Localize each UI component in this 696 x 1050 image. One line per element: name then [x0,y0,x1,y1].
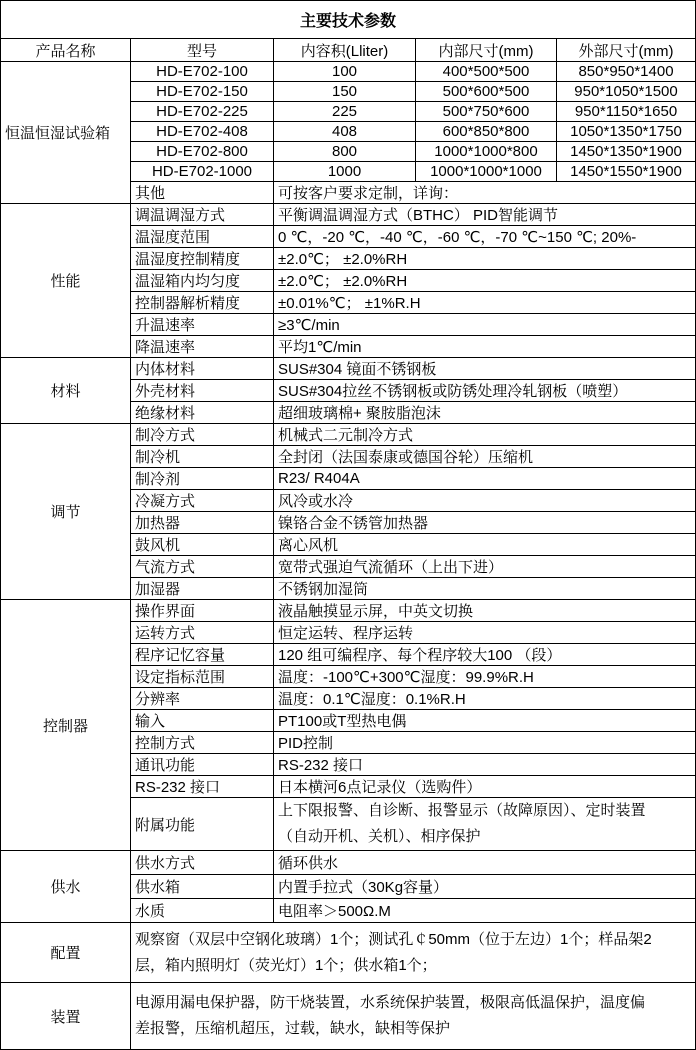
spec-table-body: 主要技术参数产品名称型号内容积(Lliter)内部尺寸(mm)外部尺寸(mm)恒… [1,1,696,1050]
section-name-cell: 配置 [1,923,131,983]
param-label-cell: 温湿度范围 [131,226,274,248]
param-value-cell: R23/ R404A [274,468,696,490]
param-label-cell: 程序记忆容量 [131,644,274,666]
model-cell: HD-E702-1000 [131,162,274,182]
param-label-cell: 供水箱 [131,875,274,899]
param-label-cell: 调温调湿方式 [131,204,274,226]
inner-size-cell: 500*750*600 [416,102,557,122]
table-row: 性能调温调湿方式平衡调温调湿方式（BTHC） PID智能调节 [1,204,696,226]
param-label-cell: RS-232 接口 [131,776,274,798]
spec-table: 主要技术参数产品名称型号内容积(Lliter)内部尺寸(mm)外部尺寸(mm)恒… [0,0,696,1050]
volume-cell: 1000 [274,162,416,182]
outer-size-cell: 1450*1550*1900 [557,162,696,182]
param-label-cell: 内体材料 [131,358,274,380]
param-value-cell: PID控制 [274,732,696,754]
param-label-cell: 冷凝方式 [131,490,274,512]
volume-cell: 800 [274,142,416,162]
param-value-cell: 电阻率＞500Ω.M [274,899,696,923]
spec-sheet: 主要技术参数产品名称型号内容积(Lliter)内部尺寸(mm)外部尺寸(mm)恒… [0,0,696,1050]
outer-size-cell: 950*1050*1500 [557,82,696,102]
param-value-cell: 平衡调温调湿方式（BTHC） PID智能调节 [274,204,696,226]
param-value-cell: 超细玻璃棉+ 聚胺脂泡沫 [274,402,696,424]
volume-cell: 408 [274,122,416,142]
page-title: 主要技术参数 [1,1,696,39]
param-value-cell: 平均1℃/min [274,336,696,358]
column-header-row: 产品名称型号内容积(Lliter)内部尺寸(mm)外部尺寸(mm) [1,39,696,62]
model-cell: HD-E702-408 [131,122,274,142]
section-name-cell: 装置 [1,983,131,1050]
param-value-cell: 0 ℃，-20 ℃，-40 ℃，-60 ℃，-70 ℃~150 ℃; 20%- [274,226,696,248]
section-name-cell: 控制器 [1,600,131,851]
volume-cell: 150 [274,82,416,102]
inner-size-cell: 1000*1000*1000 [416,162,557,182]
table-row: 配置观察窗（双层中空钢化玻璃）1个；测试孔￠50mm（位于左边）1个；样品架2 … [1,923,696,983]
param-value-cell: 循环供水 [274,851,696,875]
param-label-cell: 运转方式 [131,622,274,644]
param-value-cell: 液晶触摸显示屏，中英文切换 [274,600,696,622]
param-label-cell: 绝缘材料 [131,402,274,424]
param-value-cell: 镍铬合金不锈管加热器 [274,512,696,534]
param-value-cell: ±2.0℃； ±2.0%RH [274,270,696,292]
column-header: 内容积(Lliter) [274,39,416,62]
volume-cell: 100 [274,62,416,82]
title-row: 主要技术参数 [1,1,696,39]
section-name-cell: 材料 [1,358,131,424]
table-row: 控制器操作界面液晶触摸显示屏，中英文切换 [1,600,696,622]
param-value-cell: 温度：0.1℃湿度：0.1%R.H [274,688,696,710]
param-label-cell: 输入 [131,710,274,732]
inner-size-cell: 1000*1000*800 [416,142,557,162]
param-label-cell: 控制器解析精度 [131,292,274,314]
table-row: 材料内体材料SUS#304 镜面不锈钢板 [1,358,696,380]
product-name-cell: 恒温恒湿试验箱 [1,62,131,204]
param-value-cell: 日本横河6点记录仪（选购件） [274,776,696,798]
param-value-cell: ≥3℃/min [274,314,696,336]
param-value-cell: 宽带式强迫气流循环（上出下进） [274,556,696,578]
param-value-cell: 风冷或水冷 [274,490,696,512]
param-label-cell: 升温速率 [131,314,274,336]
other-label-cell: 其他 [131,182,274,204]
param-value-cell: PT100或T型热电偶 [274,710,696,732]
param-label-cell: 制冷剂 [131,468,274,490]
other-value-cell: 可按客户要求定制，详询： [274,182,696,204]
param-value-cell: 恒定运转、程序运转 [274,622,696,644]
param-value-cell: 120 组可编程序、每个程序较大100 （段） [274,644,696,666]
column-header: 外部尺寸(mm) [557,39,696,62]
param-label-cell: 温湿度控制精度 [131,248,274,270]
outer-size-cell: 1050*1350*1750 [557,122,696,142]
model-cell: HD-E702-100 [131,62,274,82]
section-value-cell: 电源用漏电保护器，防干烧装置，水系统保护装置，极限高低温保护，温度偏 差报警，压… [131,983,696,1050]
param-value-cell: SUS#304 镜面不锈钢板 [274,358,696,380]
param-label-cell: 分辨率 [131,688,274,710]
param-label-cell: 通讯功能 [131,754,274,776]
param-label-cell: 附属功能 [131,798,274,851]
param-value-cell: 内置手拉式（30Kg容量） [274,875,696,899]
param-value-cell: 上下限报警、自诊断、报警显示（故障原因）、定时装置 （自动开机、关机）、相序保护 [274,798,696,851]
param-label-cell: 加湿器 [131,578,274,600]
param-value-cell: RS-232 接口 [274,754,696,776]
param-label-cell: 操作界面 [131,600,274,622]
param-label-cell: 温湿箱内均匀度 [131,270,274,292]
param-value-cell: ±2.0℃； ±2.0%RH [274,248,696,270]
param-value-cell: 温度：-100℃+300℃湿度：99.9%R.H [274,666,696,688]
section-name-cell: 供水 [1,851,131,923]
outer-size-cell: 950*1150*1650 [557,102,696,122]
param-label-cell: 制冷机 [131,446,274,468]
param-value-cell: 全封闭（法国泰康或德国谷轮）压缩机 [274,446,696,468]
param-value-cell: 不锈钢加湿筒 [274,578,696,600]
section-value-cell: 观察窗（双层中空钢化玻璃）1个；测试孔￠50mm（位于左边）1个；样品架2 层，… [131,923,696,983]
param-label-cell: 水质 [131,899,274,923]
column-header: 型号 [131,39,274,62]
param-label-cell: 加热器 [131,512,274,534]
param-label-cell: 供水方式 [131,851,274,875]
param-label-cell: 降温速率 [131,336,274,358]
param-label-cell: 设定指标范围 [131,666,274,688]
outer-size-cell: 1450*1350*1900 [557,142,696,162]
inner-size-cell: 400*500*500 [416,62,557,82]
column-header: 内部尺寸(mm) [416,39,557,62]
model-cell: HD-E702-225 [131,102,274,122]
param-label-cell: 控制方式 [131,732,274,754]
table-row: 恒温恒湿试验箱HD-E702-100100400*500*500850*950*… [1,62,696,82]
volume-cell: 225 [274,102,416,122]
param-value-cell: 机械式二元制冷方式 [274,424,696,446]
param-value-cell: 离心风机 [274,534,696,556]
inner-size-cell: 500*600*500 [416,82,557,102]
param-label-cell: 制冷方式 [131,424,274,446]
table-row: 调节制冷方式机械式二元制冷方式 [1,424,696,446]
param-value-cell: SUS#304拉丝不锈钢板或防锈处理冷轧钢板（喷塑） [274,380,696,402]
param-label-cell: 外壳材料 [131,380,274,402]
param-label-cell: 气流方式 [131,556,274,578]
section-name-cell: 性能 [1,204,131,358]
table-row: 装置电源用漏电保护器，防干烧装置，水系统保护装置，极限高低温保护，温度偏 差报警… [1,983,696,1050]
table-row: 供水供水方式循环供水 [1,851,696,875]
section-name-cell: 调节 [1,424,131,600]
model-cell: HD-E702-150 [131,82,274,102]
inner-size-cell: 600*850*800 [416,122,557,142]
param-value-cell: ±0.01%℃； ±1%R.H [274,292,696,314]
column-header: 产品名称 [1,39,131,62]
model-cell: HD-E702-800 [131,142,274,162]
outer-size-cell: 850*950*1400 [557,62,696,82]
param-label-cell: 鼓风机 [131,534,274,556]
